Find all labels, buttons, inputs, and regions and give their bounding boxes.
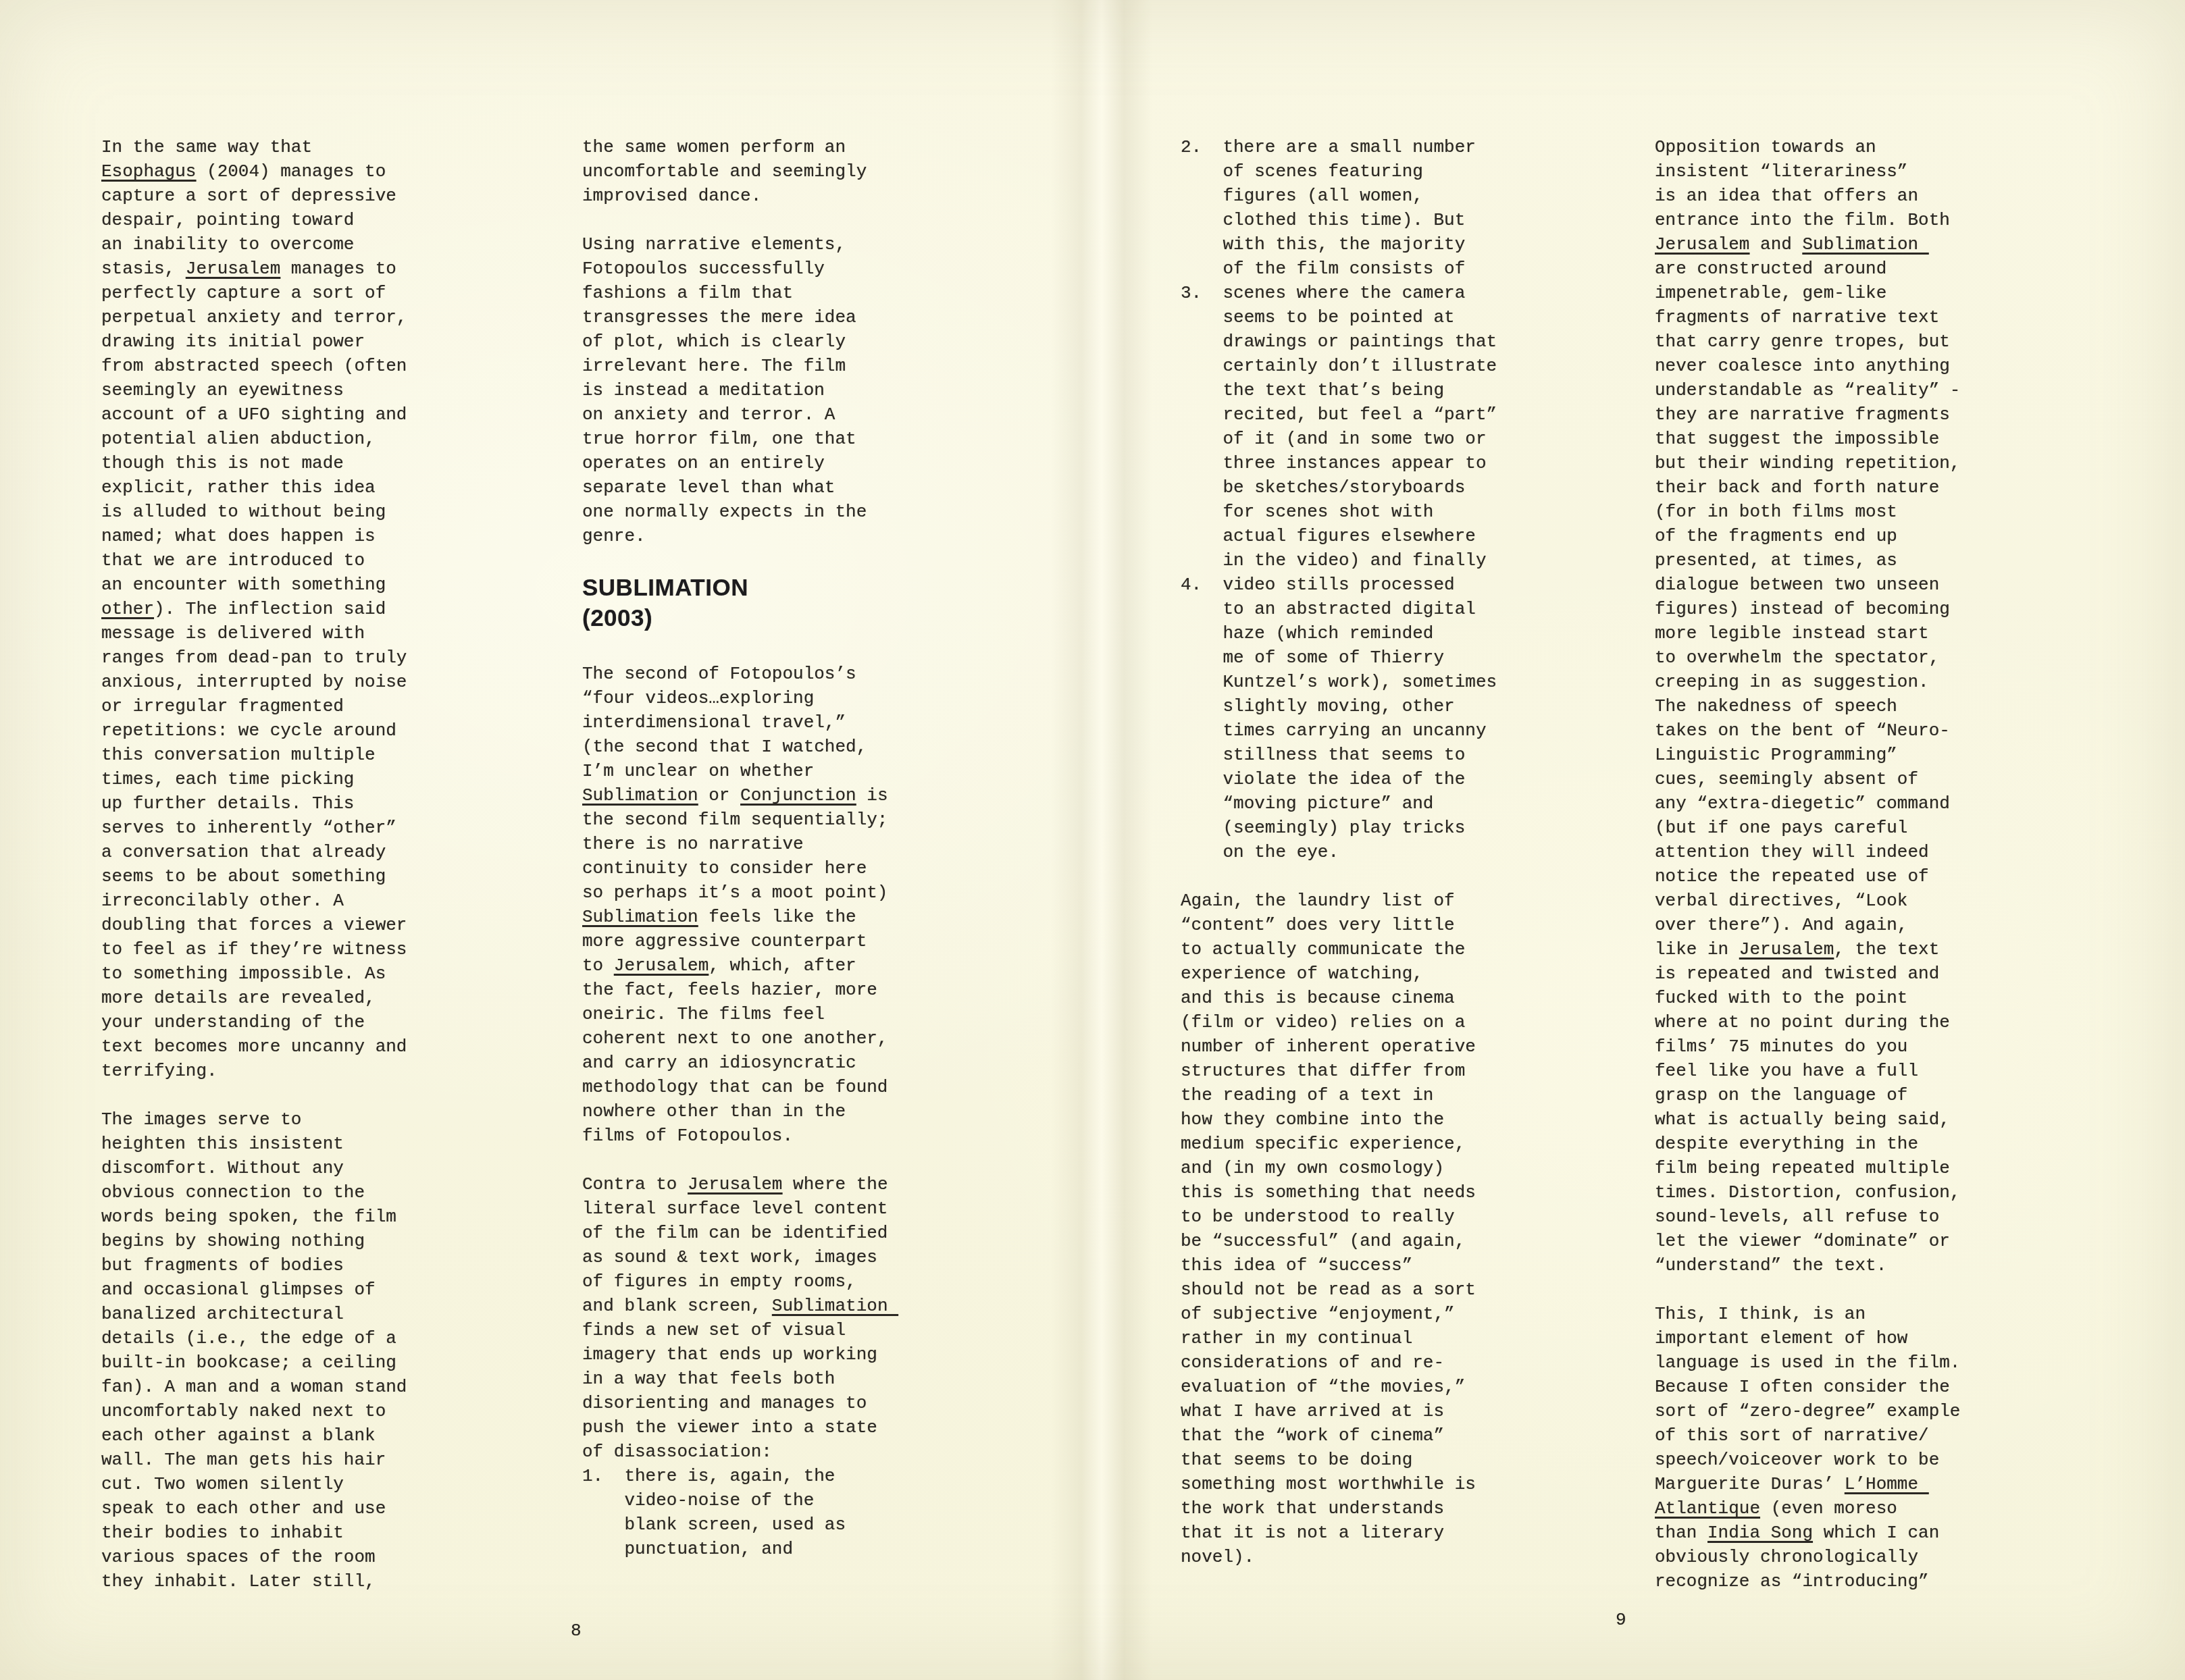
page-9: 2. there are a small number of scenes fe… xyxy=(0,0,2185,1680)
underlined-film-title: India Song xyxy=(1707,1523,1813,1543)
text-run: 2. there are a small number of scenes fe… xyxy=(1181,137,1497,862)
underlined-film-title: L’Homme xyxy=(1845,1474,1929,1494)
paragraph: Again, the laundry list of “content” doe… xyxy=(1181,889,1637,1569)
paragraph: This, I think, is an important element o… xyxy=(1655,1302,2111,1594)
text-run: Again, the laundry list of “content” doe… xyxy=(1181,891,1476,1567)
underlined-film-title: Atlantique xyxy=(1655,1498,1760,1519)
text-run: This, I think, is an important element o… xyxy=(1655,1304,1960,1494)
underlined-film-title: Jerusalem xyxy=(1655,234,1749,255)
text-run: , the text is repeated and twisted and f… xyxy=(1655,939,1960,1276)
text-run: are constructed around impenetrable, gem… xyxy=(1655,259,1960,960)
paragraph: Opposition towards an insistent “literar… xyxy=(1655,135,2111,1278)
page9-column-right: Opposition towards an insistent “literar… xyxy=(1655,135,2111,1618)
underlined-film-title: Sublimation xyxy=(1802,234,1928,255)
page9-column-left: 2. there are a small number of scenes fe… xyxy=(1181,135,1637,1594)
text-run: and xyxy=(1749,234,1802,255)
page-number-9: 9 xyxy=(1616,1610,1626,1630)
underlined-film-title: Jerusalem xyxy=(1739,939,1834,960)
text-run: Opposition towards an insistent “literar… xyxy=(1655,137,1950,230)
paragraph: 2. there are a small number of scenes fe… xyxy=(1181,135,1637,864)
